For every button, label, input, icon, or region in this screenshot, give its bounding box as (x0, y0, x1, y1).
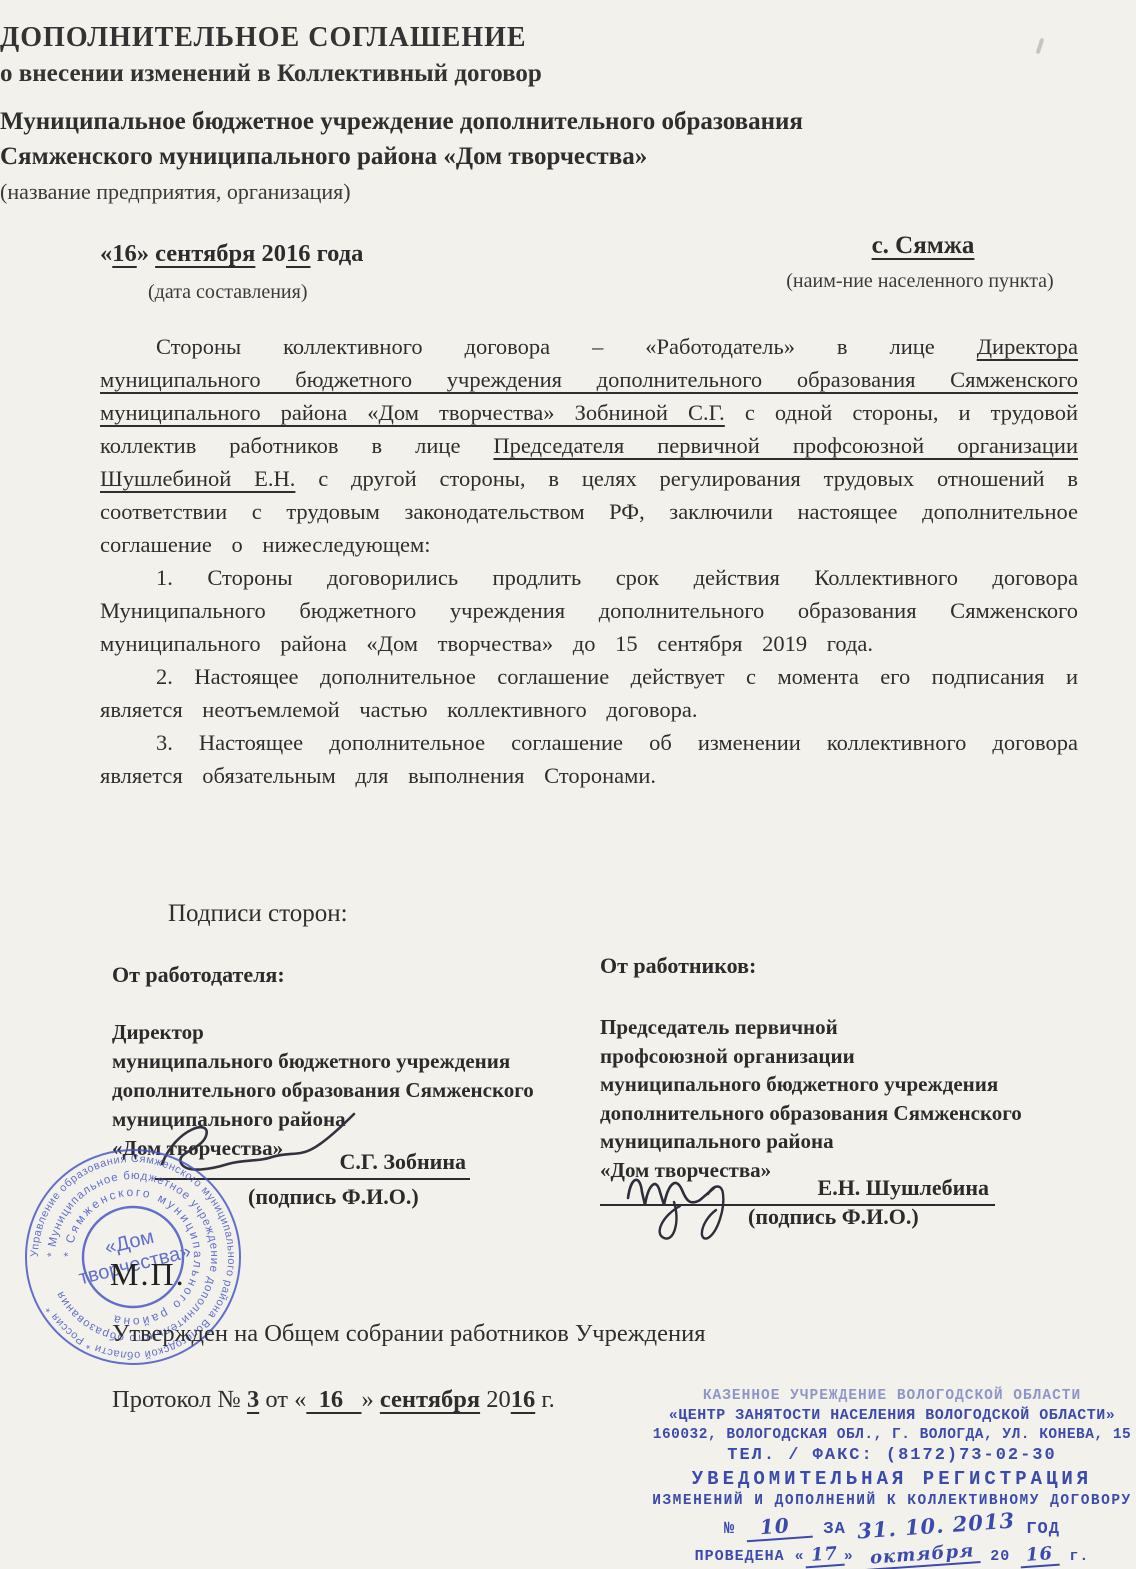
paragraph-clause-3: 3. Настоящее дополнительное соглашение о… (100, 726, 1078, 792)
regstamp-conducted-mid: » (844, 1548, 864, 1565)
organization-name-line1: Муниципальное бюджетное учреждение допол… (0, 108, 1136, 136)
protocol-number: 3 (247, 1386, 259, 1413)
protocol-mid1: от « (259, 1386, 306, 1413)
protocol-day: 16 (306, 1386, 361, 1413)
employees-name: Е.Н. Шушлебина (818, 1175, 989, 1201)
employer-role-line: дополнительного образования Сямженского (112, 1076, 612, 1105)
employees-role-line: профсоюзной организации (600, 1042, 1080, 1071)
employees-role-line: Председатель первичной (600, 1013, 1080, 1042)
regstamp-date-handwritten: 31. 10. 2013 (856, 1508, 1015, 1544)
regstamp-year-handwritten: 16 (1020, 1543, 1061, 1569)
regstamp-year-prefix: 20 (980, 1548, 1020, 1565)
agreement-body: Стороны коллективного договора – «Работо… (100, 330, 1078, 792)
registration-stamp: КАЗЕННОЕ УЧРЕЖДЕНИЕ ВОЛОГОДСКОЙ ОБЛАСТИ … (648, 1388, 1136, 1567)
date-year-prefix: 20 (255, 240, 286, 267)
regstamp-address: 160032, ВОЛОГОДСКАЯ ОБЛ., Г. ВОЛОГДА, УЛ… (648, 1427, 1136, 1443)
protocol-prefix: Протокол № (112, 1386, 247, 1413)
employees-handwritten-signature (616, 1150, 776, 1250)
regstamp-number-line: № 10 ЗА 31. 10. 2013 ГОД (648, 1513, 1136, 1540)
date-open-quote: « (100, 240, 112, 267)
employer-signature-caption: (подпись Ф.И.О.) (248, 1184, 419, 1210)
regstamp-number-handwritten: 10 (746, 1512, 813, 1543)
regstamp-agency-line1: КАЗЕННОЕ УЧРЕЖДЕНИЕ ВОЛОГОДСКОЙ ОБЛАСТИ (648, 1388, 1136, 1404)
p1-text: Стороны коллективного договора – «Работо… (156, 334, 977, 359)
regstamp-day-handwritten: 17 (804, 1543, 845, 1569)
document-title: ДОПОЛНИТЕЛЬНОЕ СОГЛАШЕНИЕ (0, 22, 1136, 54)
date-word: года (311, 240, 364, 267)
employees-role-line: дополнительного образования Сямженского (600, 1099, 1080, 1128)
date-day: 16 (112, 240, 137, 267)
protocol-suffix: г. (535, 1386, 555, 1413)
date-month: сентября (155, 240, 255, 267)
employees-role-line: муниципального бюджетного учреждения (600, 1070, 1080, 1099)
protocol-year: 16 (511, 1386, 536, 1413)
regstamp-month-handwritten: октября (863, 1540, 981, 1569)
regstamp-conducted-suffix: г. (1059, 1548, 1089, 1565)
document-subtitle: о внесении изменений в Коллективный дого… (0, 60, 1136, 88)
organization-caption: (название предприятия, организация) (0, 179, 1136, 205)
paragraph-clause-2: 2. Настоящее дополнительное соглашение д… (100, 660, 1078, 726)
regstamp-number-prefix: № (724, 1520, 746, 1539)
date-close-quote: » (137, 240, 155, 267)
regstamp-registration-title: УВЕДОМИТЕЛЬНАЯ РЕГИСТРАЦИЯ (648, 1468, 1136, 1490)
regstamp-conducted-prefix: ПРОВЕДЕНА « (695, 1548, 805, 1565)
protocol-mid3: 20 (480, 1386, 511, 1413)
employer-role-line: Директор (112, 1018, 612, 1047)
protocol-line: Протокол № 3 от « 16 » сентября 2016 г. (112, 1386, 555, 1414)
employees-label: От работников: (600, 953, 756, 979)
employer-role-line: муниципального бюджетного учреждения (112, 1047, 612, 1076)
regstamp-number-suffix: ГОД (1015, 1520, 1060, 1539)
settlement-name: с. Сямжа (872, 232, 975, 259)
date-caption: (дата составления) (148, 281, 307, 304)
regstamp-agency-line2: «ЦЕНТР ЗАНЯТОСТИ НАСЕЛЕНИЯ ВОЛОГОДСКОЙ О… (648, 1407, 1136, 1424)
regstamp-phone: ТЕЛ. / ФАКС: (8172)73-02-30 (648, 1446, 1136, 1465)
date-line: «16» сентября 2016 года (100, 240, 363, 268)
seal-place-label: М.П. (110, 1256, 186, 1293)
protocol-mid2: » (361, 1386, 379, 1413)
regstamp-conducted-line: ПРОВЕДЕНА «17» октября 20 16 г. (648, 1544, 1136, 1567)
organization-name-line2: Сямженского муниципального района «Дом т… (0, 143, 1136, 171)
paragraph-clause-1: 1. Стороны договорились продлить срок де… (100, 561, 1078, 660)
employees-signature-caption: (подпись Ф.И.О.) (748, 1204, 919, 1230)
protocol-month: сентября (380, 1386, 480, 1413)
date-year-suffix: 16 (286, 240, 311, 267)
paragraph-parties: Стороны коллективного договора – «Работо… (100, 330, 1078, 561)
regstamp-registration-subtitle: ИЗМЕНЕНИЙ И ДОПОЛНЕНИЙ К КОЛЛЕКТИВНОМУ Д… (648, 1493, 1136, 1509)
employer-label: От работодателя: (112, 962, 285, 988)
settlement-caption: (наим-ние населенного пункта) (770, 270, 1070, 293)
approval-line: Утвержден на Общем собрании работников У… (112, 1320, 706, 1348)
scanned-agreement-document: ДОПОЛНИТЕЛЬНОЕ СОГЛАШЕНИЕ о внесении изм… (0, 0, 1136, 1569)
regstamp-number-mid: ЗА (812, 1520, 857, 1539)
signatures-heading: Подписи сторон: (168, 900, 348, 928)
